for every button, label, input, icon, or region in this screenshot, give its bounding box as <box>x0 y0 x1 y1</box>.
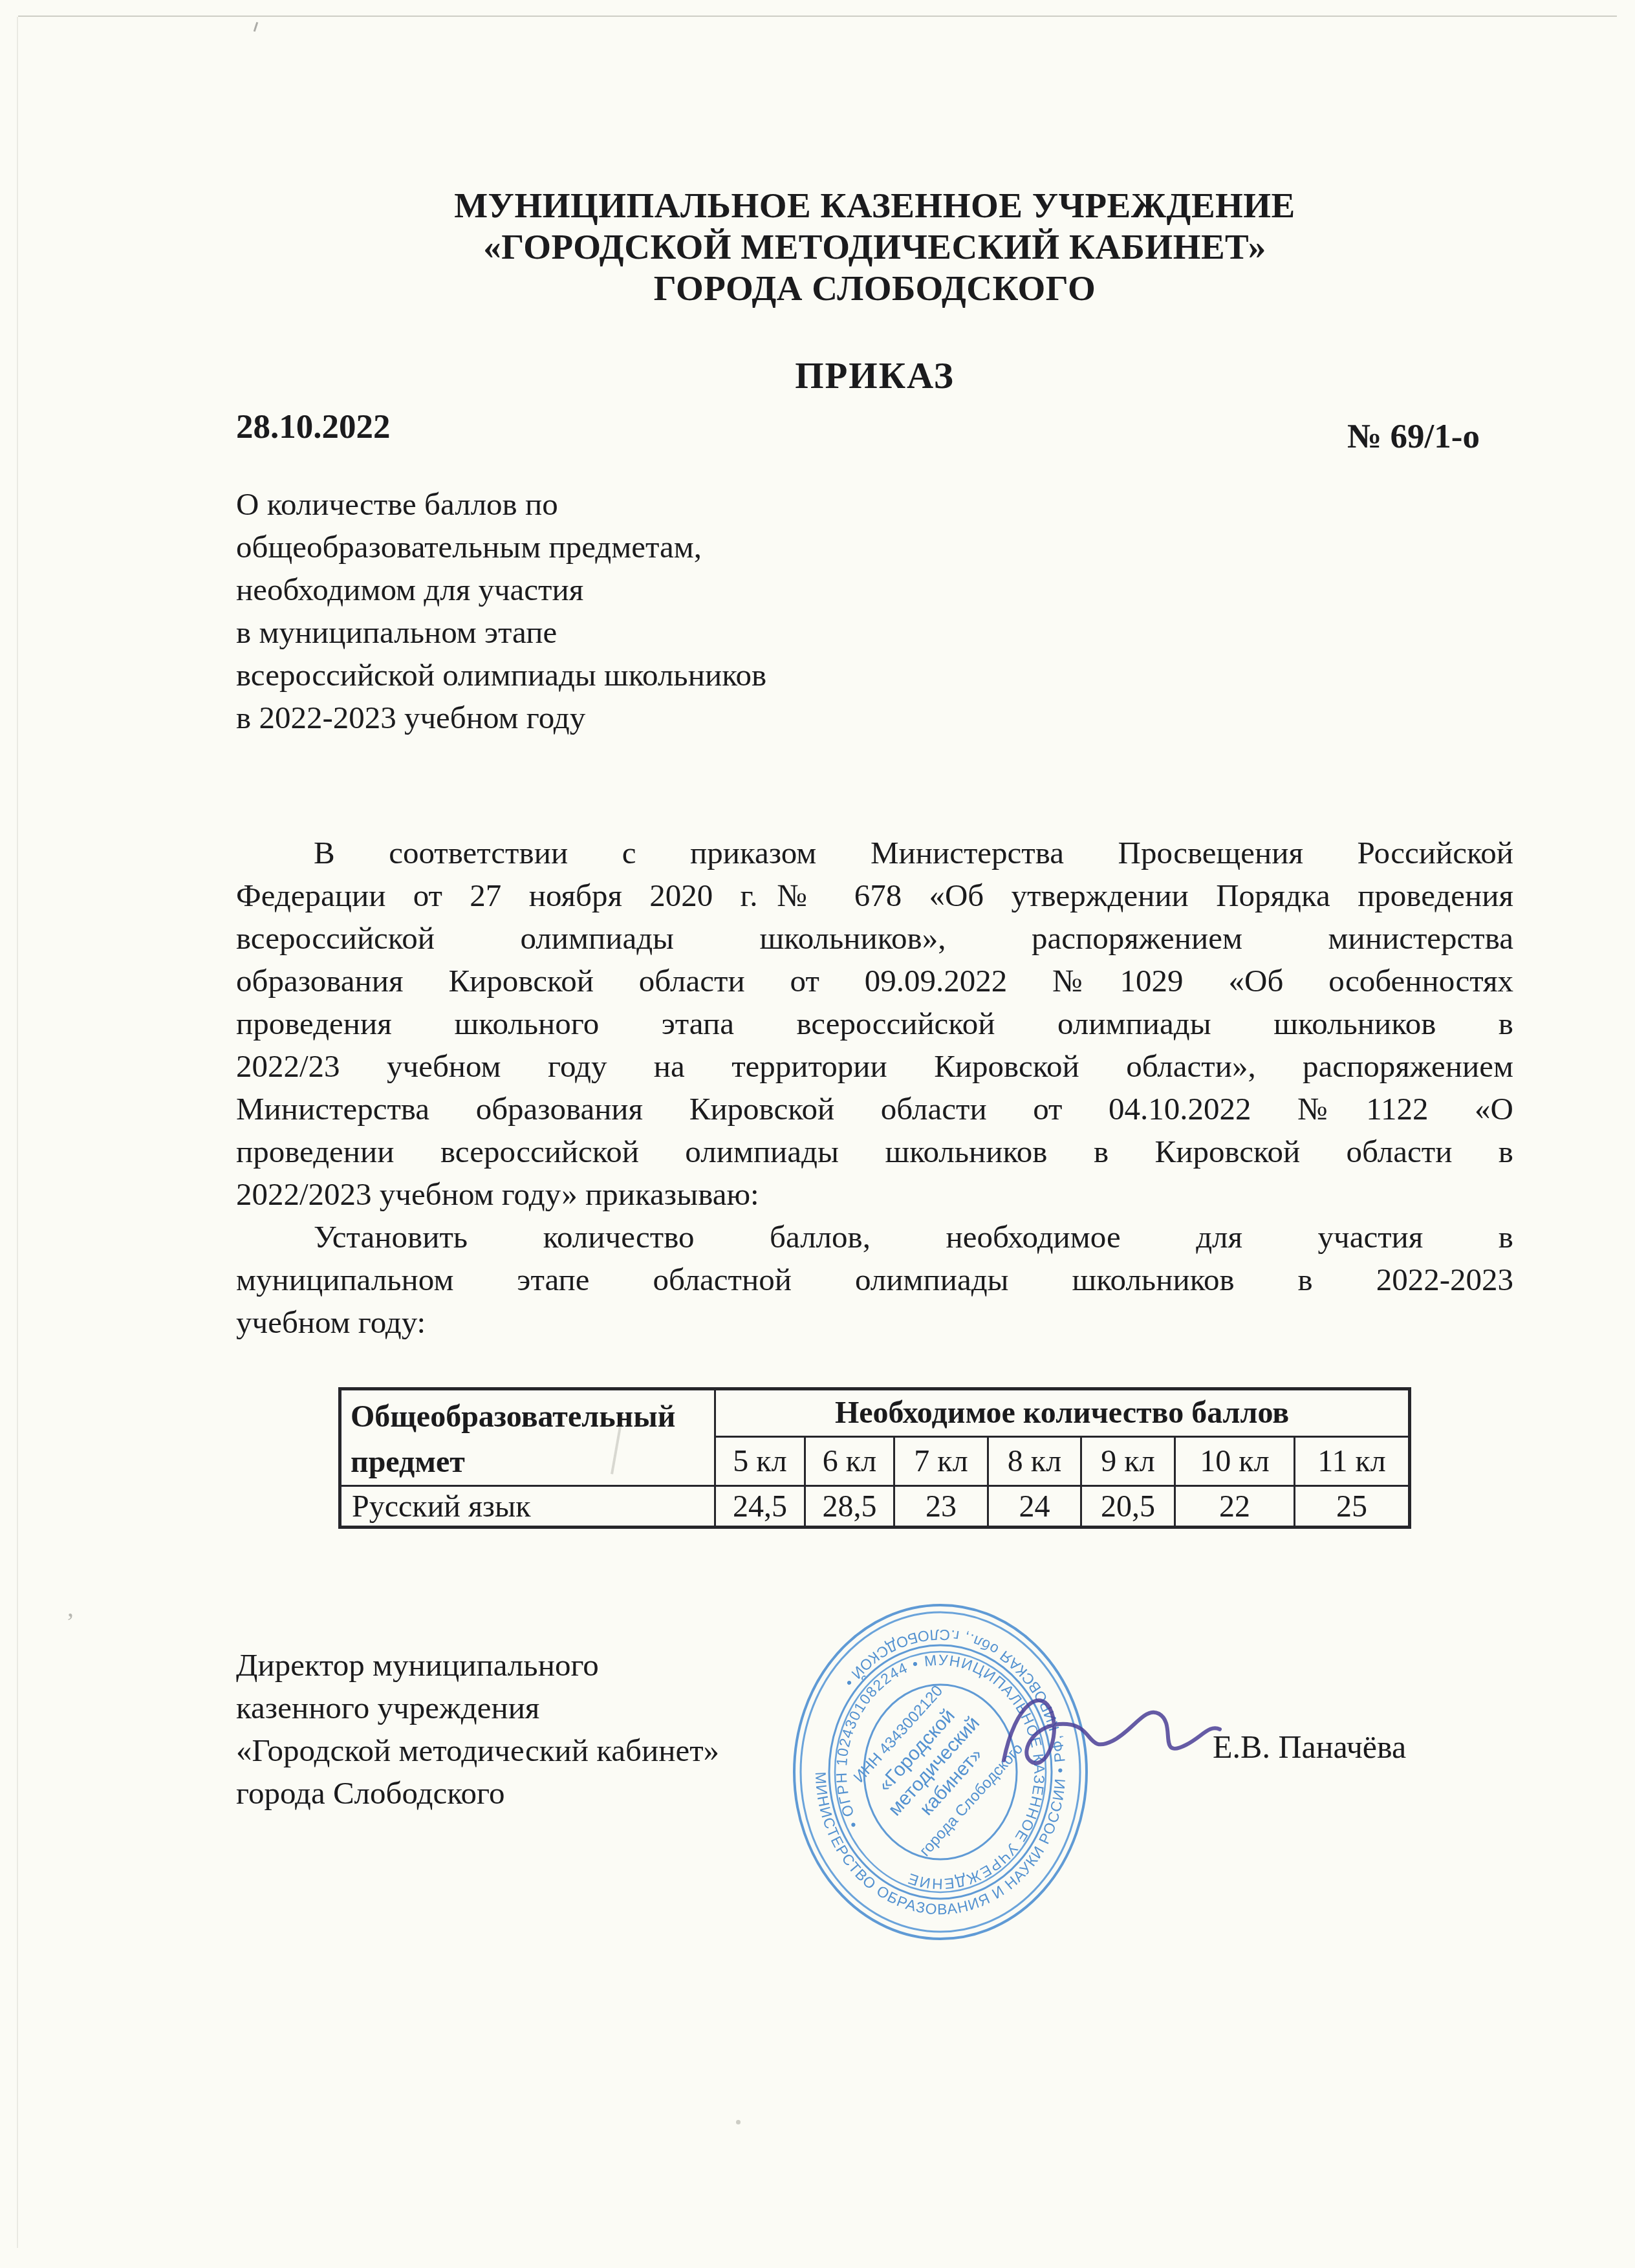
document-body: В соответствии с приказом Министерства П… <box>236 832 1513 1344</box>
subject-line: общеобразовательным предметам, <box>236 526 1513 568</box>
body-line: проведения школьного этапа всероссийской… <box>236 1002 1513 1045</box>
table-cell-subject: Русский язык <box>340 1486 715 1528</box>
table-header-group: Необходимое количество баллов <box>715 1389 1410 1437</box>
body-line: проведении всероссийской олимпиады школь… <box>236 1130 1513 1173</box>
table-header-grade: 7 кл <box>894 1436 988 1485</box>
scores-table: Общеобразовательный предмет Необходимое … <box>338 1387 1411 1529</box>
scan-artifact <box>17 17 18 2248</box>
document-subject: О количестве баллов по общеобразовательн… <box>236 483 1513 739</box>
table-cell-score: 22 <box>1175 1486 1295 1528</box>
scan-artifact <box>254 22 258 32</box>
body-line: Министерства образования Кировской облас… <box>236 1088 1513 1130</box>
table-cell-score: 23 <box>894 1486 988 1528</box>
table-row: Русский язык 24,5 28,5 23 24 20,5 22 25 <box>340 1486 1410 1528</box>
table-cell-score: 20,5 <box>1081 1486 1175 1528</box>
table-header-grade: 9 кл <box>1081 1436 1175 1485</box>
organization-name-line: МУНИЦИПАЛЬНОЕ КАЗЕННОЕ УЧРЕЖДЕНИЕ <box>236 185 1513 226</box>
organization-name-line: «ГОРОДСКОЙ МЕТОДИЧЕСКИЙ КАБИНЕТ» <box>236 226 1513 268</box>
scanned-document-page: , МУНИЦИПАЛЬНОЕ КАЗЕННОЕ УЧРЕЖДЕНИЕ «ГОР… <box>0 0 1635 2268</box>
scan-artifact <box>736 2120 741 2124</box>
body-line: муниципальном этапе областной олимпиады … <box>236 1258 1513 1301</box>
subject-line: необходимом для участия <box>236 568 1513 611</box>
body-line: В соответствии с приказом Министерства П… <box>236 832 1513 874</box>
table-header-grade: 6 кл <box>805 1436 894 1485</box>
body-line: 2022/2023 учебном году» приказываю: <box>236 1173 1513 1216</box>
body-line: всероссийской олимпиады школьников», рас… <box>236 917 1513 960</box>
table-header-subject: Общеобразовательный предмет <box>340 1389 715 1486</box>
document-number: № 69/1-о <box>1347 407 1480 456</box>
table-cell-score: 25 <box>1295 1486 1410 1528</box>
subject-line: О количестве баллов по <box>236 483 1513 526</box>
body-line: Федерации от 27 ноября 2020 г.№ 678 «Об … <box>236 874 1513 917</box>
body-line: образования Кировской области от 09.09.2… <box>236 960 1513 1002</box>
scan-artifact <box>18 16 1617 17</box>
document-type-title: ПРИКАЗ <box>236 355 1513 397</box>
date-number-row: 28.10.2022 № 69/1-о <box>236 407 1513 456</box>
subject-line: в 2022-2023 учебном году <box>236 697 1513 739</box>
handwritten-signature <box>964 1662 1242 1804</box>
subject-line: в муниципальном этапе <box>236 611 1513 654</box>
table-cell-score: 28,5 <box>805 1486 894 1528</box>
subject-line: всероссийской олимпиады школьников <box>236 654 1513 697</box>
table-header-grade: 11 кл <box>1295 1436 1410 1485</box>
table-header-grade: 10 кл <box>1175 1436 1295 1485</box>
document-date: 28.10.2022 <box>236 407 391 446</box>
signature-stroke <box>1004 1700 1220 1763</box>
table-header-grade: 5 кл <box>715 1436 805 1485</box>
table-cell-score: 24 <box>988 1486 1081 1528</box>
body-line: 2022/23 учебном году на территории Киров… <box>236 1045 1513 1088</box>
body-line: Установить количество баллов, необходимо… <box>236 1216 1513 1258</box>
body-line: учебном году: <box>236 1301 1513 1344</box>
table-cell-score: 24,5 <box>715 1486 805 1528</box>
organization-letterhead: МУНИЦИПАЛЬНОЕ КАЗЕННОЕ УЧРЕЖДЕНИЕ «ГОРОД… <box>236 185 1513 309</box>
scan-artifact: , <box>67 1592 74 1623</box>
organization-name-line: ГОРОДА СЛОБОДСКОГО <box>236 268 1513 309</box>
table-header-grade: 8 кл <box>988 1436 1081 1485</box>
